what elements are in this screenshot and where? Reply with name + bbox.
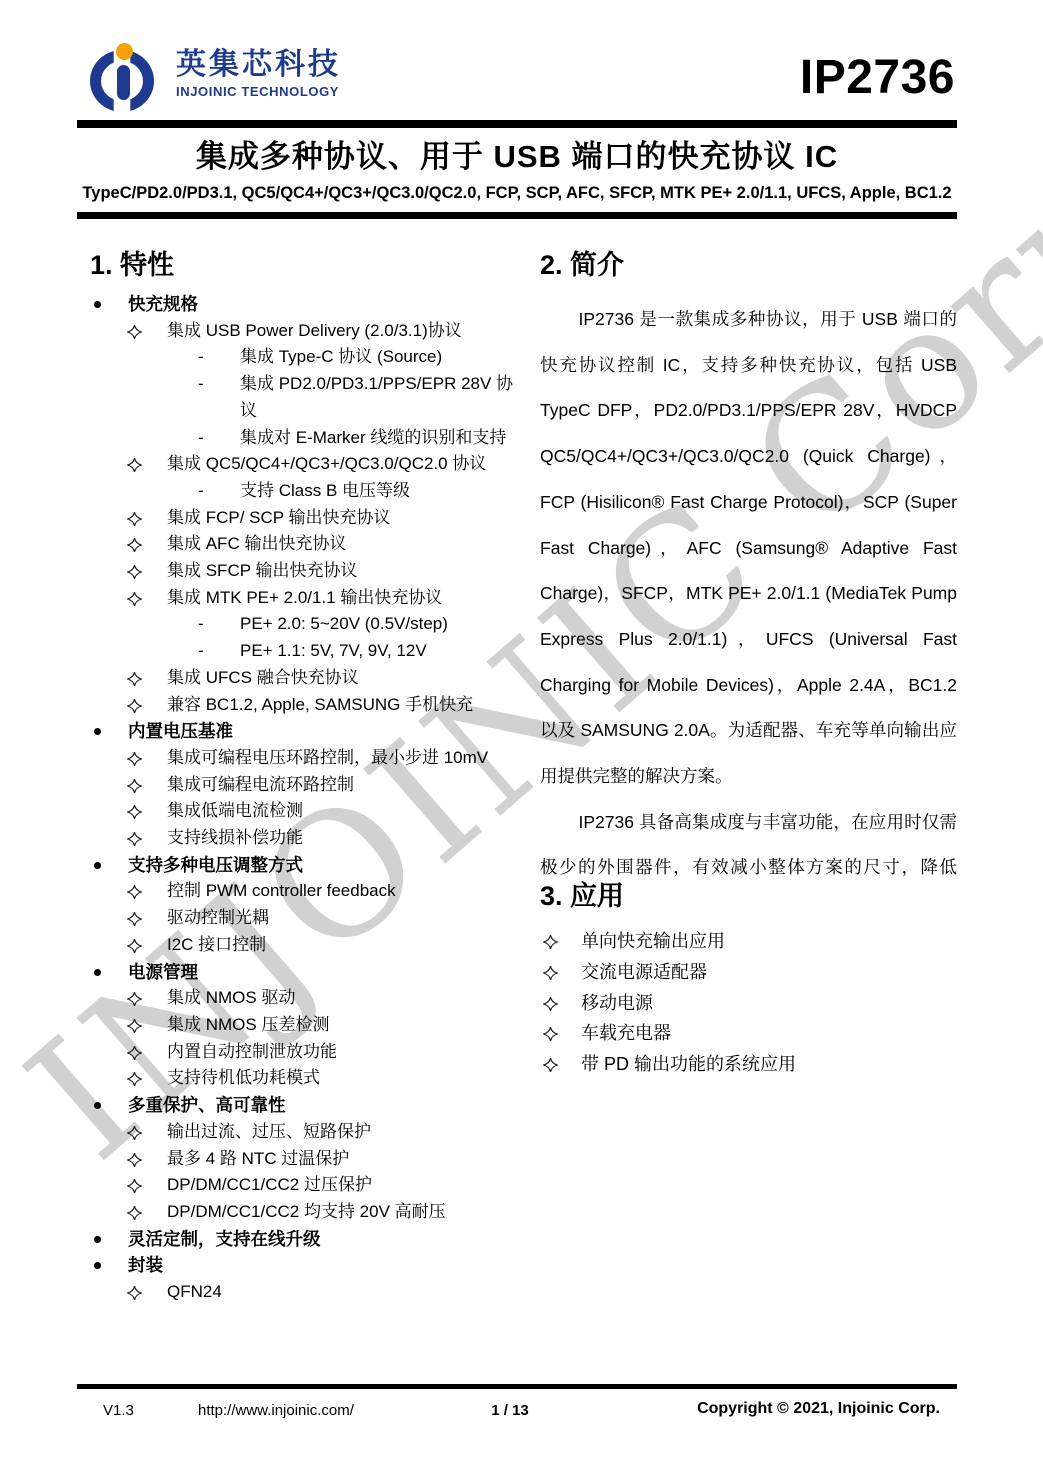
feature-item: 集成 MTK PE+ 2.0/1.1 输出快充协议	[90, 585, 520, 612]
four-pointed-star-icon	[543, 965, 558, 981]
feature-item: 内置电压基准	[90, 718, 520, 745]
feature-item-label: 支持线损补偿功能	[167, 828, 303, 847]
feature-item-label: 集成 FCP/ SCP 输出快充协议	[167, 508, 391, 527]
features-section: 1. 特性 快充规格 集成 USB Power Delivery (2.0/3.…	[90, 247, 520, 1306]
feature-item-label: 输出过流、过压、短路保护	[167, 1122, 371, 1141]
feature-item-label: 电源管理	[128, 962, 198, 982]
feature-item-label: 支持待机低功耗模式	[167, 1068, 320, 1087]
feature-item: 集成 UFCS 融合快充协议	[90, 665, 520, 692]
feature-item-label: 集成可编程电流环路控制	[167, 775, 354, 794]
feature-item: 内置自动控制泄放功能	[90, 1039, 520, 1066]
feature-item: - 集成对 E-Marker 线缆的识别和支持	[90, 425, 520, 452]
dash-bullet-icon: -	[198, 611, 204, 638]
title-rule	[77, 212, 957, 219]
feature-item-label: 集成 NMOS 驱动	[167, 988, 295, 1007]
feature-item: 集成 NMOS 压差检测	[90, 1012, 520, 1039]
feature-item: 封装	[90, 1252, 520, 1279]
feature-item: 控制 PWM controller feedback	[90, 878, 520, 905]
feature-item: 集成 USB Power Delivery (2.0/3.1)协议	[90, 318, 520, 345]
four-pointed-star-icon	[127, 884, 142, 900]
feature-item: 集成 AFC 输出快充协议	[90, 531, 520, 558]
feature-item-label: I2C 接口控制	[167, 935, 266, 954]
feature-item: - PE+ 2.0: 5~20V (0.5V/step)	[90, 611, 520, 638]
feature-item: 驱动控制光耦	[90, 905, 520, 932]
application-item-label: 车载充电器	[581, 1023, 671, 1043]
feature-item: 集成 FCP/ SCP 输出快充协议	[90, 505, 520, 532]
feature-item-label: 内置电压基准	[128, 721, 233, 741]
four-pointed-star-icon	[127, 1018, 142, 1034]
footer-version: V1.3	[103, 1402, 134, 1419]
feature-item: - 集成 Type-C 协议 (Source)	[90, 344, 520, 371]
intro-heading: 2. 简介	[540, 247, 957, 283]
feature-item-label: 最多 4 路 NTC 过温保护	[167, 1149, 349, 1168]
dot-bullet-icon	[94, 862, 101, 869]
applications-list: 单向快充输出应用 交流电源适配器 移动电源 车载充电器 带 PD 输出功能的系统…	[540, 926, 957, 1080]
four-pointed-star-icon	[543, 996, 558, 1012]
feature-item-label: PE+ 1.1: 5V, 7V, 9V, 12V	[240, 641, 427, 660]
four-pointed-star-icon	[127, 778, 142, 794]
feature-item: 集成 SFCP 输出快充协议	[90, 558, 520, 585]
feature-item-label: 支持 Class B 电压等级	[240, 481, 410, 500]
feature-item-label: 支持多种电压调整方式	[128, 855, 303, 875]
four-pointed-star-icon	[127, 831, 142, 847]
feature-item: I2C 接口控制	[90, 932, 520, 959]
four-pointed-star-icon	[127, 991, 142, 1007]
dash-bullet-icon: -	[198, 344, 204, 371]
applications-heading: 3. 应用	[540, 878, 957, 914]
application-item-label: 单向快充输出应用	[581, 931, 725, 951]
feature-item-label: 多重保护、高可靠性	[128, 1095, 286, 1115]
feature-item-label: 集成 NMOS 压差检测	[167, 1015, 329, 1034]
four-pointed-star-icon	[543, 1057, 558, 1073]
feature-item-label: 兼容 BC1.2, Apple, SAMSUNG 手机快充	[167, 695, 473, 714]
application-item: 移动电源	[540, 988, 957, 1019]
dot-bullet-icon	[94, 301, 101, 308]
footer-copyright: Copyright © 2021, Injoinic Corp.	[697, 1400, 940, 1418]
dot-bullet-icon	[94, 1262, 101, 1269]
four-pointed-star-icon	[127, 911, 142, 927]
features-heading: 1. 特性	[90, 247, 520, 283]
logo-company-name-cn: 英集芯科技	[176, 48, 341, 82]
feature-item: DP/DM/CC1/CC2 过压保护	[90, 1172, 520, 1199]
feature-item: 支持线损补偿功能	[90, 825, 520, 852]
four-pointed-star-icon	[127, 1285, 142, 1301]
feature-item: 集成低端电流检测	[90, 798, 520, 825]
intro-paragraphs: IP2736 是一款集成多种协议，用于 USB 端口的快充协议控制 IC，支持多…	[540, 297, 957, 907]
four-pointed-star-icon	[543, 934, 558, 950]
feature-item: 兼容 BC1.2, Apple, SAMSUNG 手机快充	[90, 692, 520, 719]
four-pointed-star-icon	[127, 537, 142, 553]
application-item: 交流电源适配器	[540, 957, 957, 988]
application-item: 车载充电器	[540, 1018, 957, 1049]
feature-item-label: 内置自动控制泄放功能	[167, 1042, 337, 1061]
application-item-label: 带 PD 输出功能的系统应用	[581, 1054, 796, 1074]
application-item: 带 PD 输出功能的系统应用	[540, 1049, 957, 1080]
four-pointed-star-icon	[127, 751, 142, 767]
four-pointed-star-icon	[127, 1205, 142, 1221]
feature-item-label: 集成 Type-C 协议 (Source)	[240, 347, 442, 366]
feature-item: 多重保护、高可靠性	[90, 1092, 520, 1119]
feature-item: 灵活定制，支持在线升级	[90, 1226, 520, 1253]
feature-item-label: 驱动控制光耦	[167, 908, 269, 927]
feature-item: 集成 NMOS 驱动	[90, 985, 520, 1012]
feature-item-label: DP/DM/CC1/CC2 过压保护	[167, 1175, 372, 1194]
logo-company-name-en: INJOINIC TECHNOLOGY	[176, 84, 341, 99]
feature-item: 支持待机低功耗模式	[90, 1065, 520, 1092]
feature-item: 集成 QC5/QC4+/QC3+/QC3.0/QC2.0 协议	[90, 451, 520, 478]
feature-item-label: 集成 AFC 输出快充协议	[167, 534, 346, 553]
feature-item-label: 灵活定制，支持在线升级	[128, 1229, 321, 1249]
injoinic-logo-icon	[88, 42, 160, 116]
document-title: 集成多种协议、用于 USB 端口的快充协议 IC	[77, 131, 957, 176]
feature-item: 输出过流、过压、短路保护	[90, 1119, 520, 1146]
datasheet-page: INJOINIC Corp. 英集芯科技 INJOINIC TECHNOLOGY…	[0, 0, 1043, 1469]
logo-text: 英集芯科技 INJOINIC TECHNOLOGY	[176, 48, 341, 99]
feature-item: 快充规格	[90, 291, 520, 318]
feature-item-label: QFN24	[167, 1282, 222, 1301]
logo-orange-dot-icon	[116, 43, 133, 60]
four-pointed-star-icon	[127, 324, 142, 340]
feature-item: 电源管理	[90, 959, 520, 986]
dot-bullet-icon	[94, 969, 101, 976]
application-item-label: 交流电源适配器	[581, 962, 707, 982]
four-pointed-star-icon	[543, 1026, 558, 1042]
dot-bullet-icon	[94, 1102, 101, 1109]
applications-section: 3. 应用 单向快充输出应用 交流电源适配器 移动电源 车载充电器 带 PD 输…	[540, 878, 957, 1080]
feature-item-label: 集成低端电流检测	[167, 801, 303, 820]
feature-item-label: PE+ 2.0: 5~20V (0.5V/step)	[240, 614, 448, 633]
part-number: IP2736	[800, 50, 955, 105]
dash-bullet-icon: -	[198, 638, 204, 665]
feature-item-label: 集成 SFCP 输出快充协议	[167, 561, 357, 580]
feature-item: DP/DM/CC1/CC2 均支持 20V 高耐压	[90, 1199, 520, 1226]
application-item: 单向快充输出应用	[540, 926, 957, 957]
four-pointed-star-icon	[127, 1152, 142, 1168]
footer-url: http://www.injoinic.com/	[198, 1402, 354, 1419]
feature-item-label: 封装	[128, 1255, 163, 1275]
features-list: 快充规格 集成 USB Power Delivery (2.0/3.1)协议 -…	[90, 291, 520, 1306]
intro-paragraph: IP2736 是一款集成多种协议，用于 USB 端口的快充协议控制 IC，支持多…	[540, 297, 957, 800]
feature-item: 集成可编程电流环路控制	[90, 772, 520, 799]
feature-item-label: 集成 UFCS 融合快充协议	[167, 668, 359, 687]
feature-item-label: 集成可编程电压环路控制，最小步进 10mV	[167, 748, 488, 767]
document-subtitle: TypeC/PD2.0/PD3.1, QC5/QC4+/QC3+/QC3.0/Q…	[77, 184, 957, 203]
four-pointed-star-icon	[127, 804, 142, 820]
feature-item-label: 集成对 E-Marker 线缆的识别和支持	[240, 428, 506, 447]
feature-item: 最多 4 路 NTC 过温保护	[90, 1146, 520, 1173]
dot-bullet-icon	[94, 1236, 101, 1243]
dot-bullet-icon	[94, 728, 101, 735]
feature-item-label: 集成 USB Power Delivery (2.0/3.1)协议	[167, 321, 462, 340]
feature-item-label: 控制 PWM controller feedback	[167, 881, 396, 900]
header-rule	[77, 120, 957, 128]
four-pointed-star-icon	[127, 698, 142, 714]
feature-item-label: 快充规格	[128, 294, 198, 314]
logo-i-stem-icon	[117, 65, 130, 100]
four-pointed-star-icon	[127, 938, 142, 954]
feature-item-label: 集成 QC5/QC4+/QC3+/QC3.0/QC2.0 协议	[167, 454, 486, 473]
feature-item: - 集成 PD2.0/PD3.1/PPS/EPR 28V 协议	[90, 371, 520, 424]
dash-bullet-icon: -	[198, 425, 204, 452]
four-pointed-star-icon	[127, 457, 142, 473]
footer-page-number: 1 / 13	[440, 1402, 580, 1419]
four-pointed-star-icon	[127, 1045, 142, 1061]
feature-item-label: 集成 MTK PE+ 2.0/1.1 输出快充协议	[167, 588, 442, 607]
feature-item-label: DP/DM/CC1/CC2 均支持 20V 高耐压	[167, 1202, 446, 1221]
four-pointed-star-icon	[127, 1125, 142, 1141]
feature-item: 支持多种电压调整方式	[90, 852, 520, 879]
four-pointed-star-icon	[127, 1178, 142, 1194]
feature-item: QFN24	[90, 1279, 520, 1306]
dash-bullet-icon: -	[198, 371, 204, 398]
dash-bullet-icon: -	[198, 478, 204, 505]
four-pointed-star-icon	[127, 1071, 142, 1087]
four-pointed-star-icon	[127, 591, 142, 607]
four-pointed-star-icon	[127, 511, 142, 527]
four-pointed-star-icon	[127, 564, 142, 580]
four-pointed-star-icon	[127, 671, 142, 687]
feature-item: - PE+ 1.1: 5V, 7V, 9V, 12V	[90, 638, 520, 665]
footer-rule	[77, 1384, 957, 1389]
application-item-label: 移动电源	[581, 993, 653, 1013]
feature-item: 集成可编程电压环路控制，最小步进 10mV	[90, 745, 520, 772]
feature-item-label: 集成 PD2.0/PD3.1/PPS/EPR 28V 协议	[240, 374, 513, 420]
feature-item: - 支持 Class B 电压等级	[90, 478, 520, 505]
intro-section: 2. 简介 IP2736 是一款集成多种协议，用于 USB 端口的快充协议控制 …	[540, 247, 957, 907]
